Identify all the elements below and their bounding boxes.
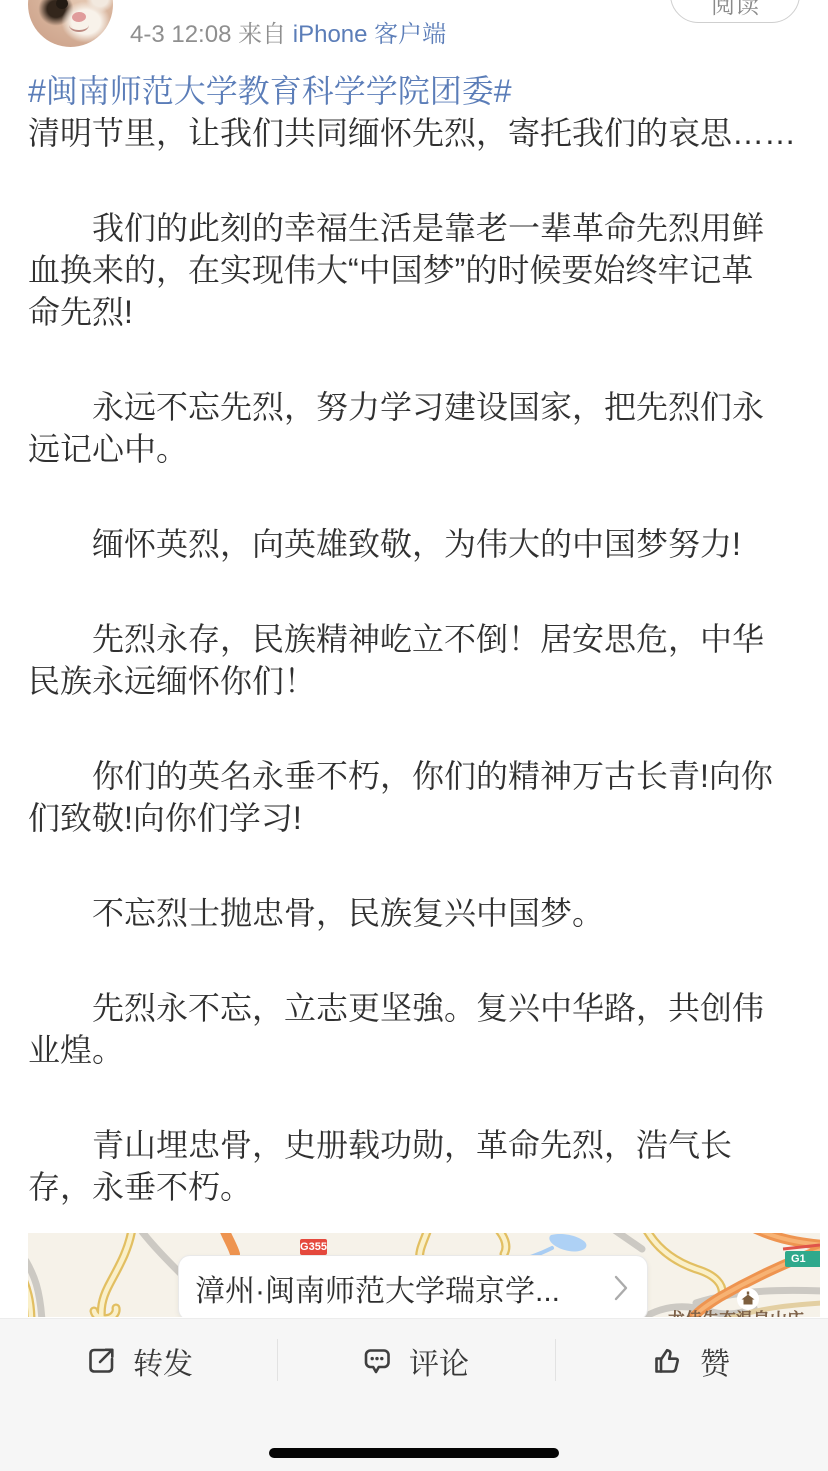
- like-button[interactable]: 赞: [552, 1339, 828, 1383]
- repost-label: 转发: [133, 1339, 193, 1383]
- action-bar: 转发 评论 赞: [0, 1318, 828, 1471]
- post-line: 你们的英名永垂不朽，你们的精神万古长青!向你: [28, 755, 800, 797]
- home-indicator-bar[interactable]: [269, 1448, 559, 1458]
- location-map[interactable]: G355 G1 龙佳生态温泉山庄 漳州·闽南师范大学瑞京学...: [28, 1233, 820, 1317]
- post-line: 民族永远缅怀你们！: [28, 660, 800, 702]
- avatar[interactable]: [28, 0, 113, 47]
- post-line: 永远不忘先烈，努力学习建设国家，把先烈们永: [28, 386, 800, 428]
- location-pill[interactable]: 漳州·闽南师范大学瑞京学...: [178, 1255, 648, 1317]
- read-button[interactable]: 阅读: [670, 0, 800, 23]
- action-row: 转发 评论 赞: [0, 1319, 828, 1403]
- post-line: 们致敬!向你们学习!: [28, 797, 800, 839]
- post-line: 缅怀英烈，向英雄致敬，为伟大的中国梦努力!: [28, 523, 800, 565]
- repost-button[interactable]: 转发: [0, 1339, 276, 1383]
- post-paragraph: 青山埋忠骨，史册载功勋，革命先烈，浩气长存，永垂不朽。: [28, 1124, 800, 1208]
- comment-label: 评论: [409, 1339, 469, 1383]
- post-paragraph: 先烈永存，民族精神屹立不倒！居安思危，中华民族永远缅怀你们！: [28, 618, 800, 702]
- post-line: 远记心中。: [28, 428, 800, 470]
- post-paragraph: 清明节里，让我们共同缅怀先烈，寄托我们的哀思……: [28, 112, 800, 154]
- repost-icon: [83, 1343, 119, 1379]
- post-line: 业煌。: [28, 1029, 800, 1071]
- post-paragraph: 不忘烈士抛忠骨，民族复兴中国梦。: [28, 892, 800, 934]
- post-paragraph: 先烈永不忘，立志更坚強。复兴中华路，共创伟业煌。: [28, 987, 800, 1071]
- post-paragraph: 缅怀英烈，向英雄致敬，为伟大的中国梦努力!: [28, 523, 800, 565]
- post-paragraph: 我们的此刻的幸福生活是靠老一辈革命先烈用鲜血换来的，在实现伟大“中国梦”的时候要…: [28, 207, 800, 333]
- post-meta: 4-3 12:08 来自 iPhone 客户端: [130, 14, 446, 49]
- post-line: 清明节里，让我们共同缅怀先烈，寄托我们的哀思……: [28, 112, 800, 154]
- hashtag-link[interactable]: #闽南师范大学教育科学学院团委#: [28, 70, 800, 112]
- post-line: 命先烈!: [28, 291, 800, 333]
- post-line: 我们的此刻的幸福生活是靠老一辈革命先烈用鲜: [28, 207, 800, 249]
- road-badge-g355: G355: [300, 1239, 327, 1255]
- read-button-label: 阅读: [711, 0, 759, 22]
- post-line: 存，永垂不朽。: [28, 1166, 800, 1208]
- post-line: #闽南师范大学教育科学学院团委#: [28, 70, 800, 112]
- thumbs-up-icon: [650, 1343, 686, 1379]
- post-line: 先烈永不忘，立志更坚強。复兴中华路，共创伟: [28, 987, 800, 1029]
- chevron-right-icon: [613, 1273, 629, 1303]
- post-paragraph: 你们的英名永垂不朽，你们的精神万古长青!向你们致敬!向你们学习!: [28, 755, 800, 839]
- post-timestamp: 4-3 12:08: [130, 21, 231, 48]
- post-header: 4-3 12:08 来自 iPhone 客户端 阅读: [0, 0, 828, 48]
- post-line: 不忘烈士抛忠骨，民族复兴中国梦。: [28, 892, 800, 934]
- post-text: #闽南师范大学教育科学学院团委#清明节里，让我们共同缅怀先烈，寄托我们的哀思………: [0, 48, 828, 1208]
- post-line: 青山埋忠骨，史册载功勋，革命先烈，浩气长: [28, 1124, 800, 1166]
- poi-label: 龙佳生态温泉山庄: [668, 1305, 804, 1317]
- source-prefix: 来自: [238, 21, 286, 48]
- action-divider: [277, 1339, 278, 1381]
- action-divider: [555, 1339, 556, 1381]
- location-text: 漳州·闽南师范大学瑞京学...: [195, 1266, 560, 1310]
- comment-button[interactable]: 评论: [276, 1339, 552, 1383]
- weibo-post-detail-screen: 4-3 12:08 来自 iPhone 客户端 阅读 #闽南师范大学教育科学学院…: [0, 0, 828, 1471]
- source-link[interactable]: iPhone 客户端: [293, 21, 446, 48]
- comment-icon: [359, 1343, 395, 1379]
- avatar-cat-mouth: [69, 18, 89, 32]
- post-line: 血换来的，在实现伟大“中国梦”的时候要始终牢记革: [28, 249, 800, 291]
- post-line: 先烈永存，民族精神屹立不倒！居安思危，中华: [28, 618, 800, 660]
- like-label: 赞: [700, 1339, 730, 1383]
- road-badge-g1: G1: [785, 1251, 820, 1267]
- post-paragraph: 永远不忘先烈，努力学习建设国家，把先烈们永远记心中。: [28, 386, 800, 470]
